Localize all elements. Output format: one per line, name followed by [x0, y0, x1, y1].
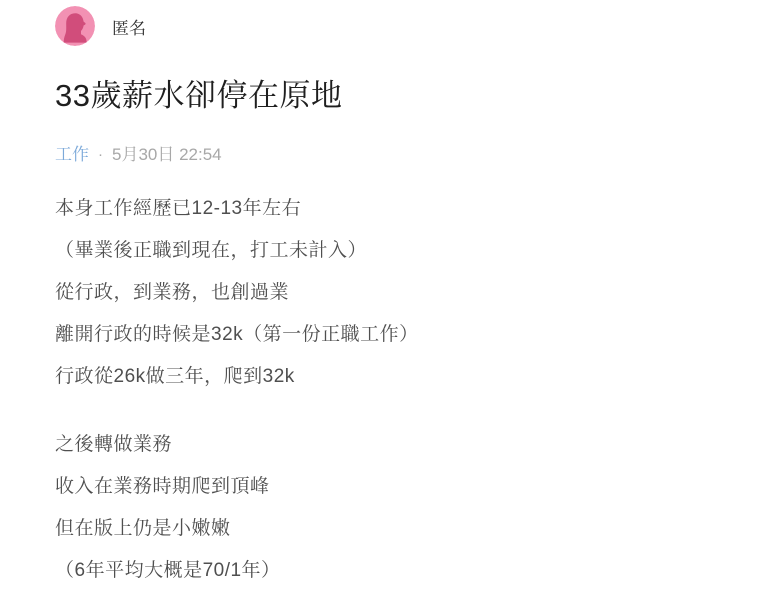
- meta-separator: ·: [98, 142, 103, 168]
- body-line: 本身工作經歷已12-13年左右: [55, 188, 729, 230]
- body-paragraph: 之後轉做業務收入在業務時期爬到頂峰但在版上仍是小嫩嫩（6年平均大概是70/1年）: [55, 424, 729, 592]
- post-title: 33歲薪水卻停在原地: [55, 74, 729, 118]
- body-line: （6年平均大概是70/1年）: [55, 550, 729, 592]
- post-container: 匿名 33歲薪水卻停在原地 工作 · 5月30日 22:54 本身工作經歷已12…: [0, 0, 759, 592]
- body-line: 從行政，到業務，也創過業: [55, 272, 729, 314]
- body-line: 離開行政的時候是32k（第一份正職工作）: [55, 314, 729, 356]
- body-line: 收入在業務時期爬到頂峰: [55, 466, 729, 508]
- post-timestamp: 5月30日 22:54: [112, 142, 222, 168]
- body-paragraph: 本身工作經歷已12-13年左右（畢業後正職到現在，打工未計入）從行政，到業務，也…: [55, 188, 729, 398]
- body-line: 行政從26k做三年，爬到32k: [55, 356, 729, 398]
- category-link[interactable]: 工作: [55, 142, 89, 168]
- author-name: 匿名: [112, 14, 146, 39]
- person-silhouette-icon: [55, 6, 95, 46]
- author-row: 匿名: [55, 6, 729, 46]
- anonymous-avatar: [55, 6, 95, 46]
- body-line: 但在版上仍是小嫩嫩: [55, 508, 729, 550]
- body-line: （畢業後正職到現在，打工未計入）: [55, 230, 729, 272]
- post-body: 本身工作經歷已12-13年左右（畢業後正職到現在，打工未計入）從行政，到業務，也…: [55, 188, 729, 592]
- post-meta: 工作 · 5月30日 22:54: [55, 142, 729, 168]
- body-line: 之後轉做業務: [55, 424, 729, 466]
